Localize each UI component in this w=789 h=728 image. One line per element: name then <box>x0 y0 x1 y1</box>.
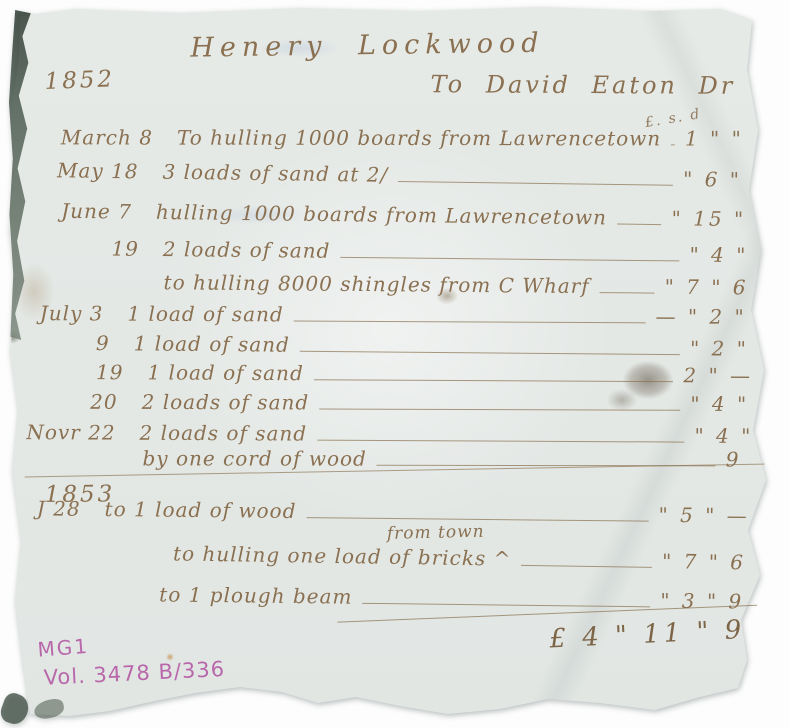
interline-insert-note: from town <box>387 522 485 544</box>
entry-description: hulling 1000 boards from Lawrencetown <box>156 200 607 230</box>
entry-amount: 1 " " <box>685 126 744 150</box>
ledger-row: 19 2 loads of sand " 4 " <box>111 236 748 267</box>
leader-line <box>521 553 652 568</box>
ledger-row: June 7 hulling 1000 boards from Lawrence… <box>61 199 746 231</box>
entry-description: 2 loads of sand <box>163 237 331 263</box>
ledger-row: 20 2 loads of sand " 4 " <box>90 390 749 416</box>
ledger-row: March 8 To hulling 1000 boards from Lawr… <box>61 125 744 150</box>
entry-description: 1 load of sand <box>147 360 303 385</box>
debtor-line: To David Eaton Dr <box>430 70 735 100</box>
leader-line <box>319 397 680 411</box>
entry-description: To hulling 1000 boards from Lawrencetown <box>177 126 661 151</box>
entry-amount: " 7 " 6 <box>662 549 746 574</box>
leader-line <box>340 245 679 262</box>
entry-description: to hulling one load of bricks ^ <box>173 541 512 570</box>
ledger-row: 9 1 load of sand " 2 " <box>96 331 749 361</box>
leader-line <box>617 212 662 226</box>
entry-amount: 2 " — <box>683 363 753 387</box>
ledger-row: to hulling 8000 shingles from C Wharf " … <box>139 270 748 299</box>
leader-line <box>314 367 674 382</box>
entry-amount: " 2 " <box>690 336 749 361</box>
entry-description: 1 load of sand <box>127 302 283 327</box>
entry-amount: " 4 " <box>690 392 749 416</box>
entry-date: J 28 <box>37 496 81 520</box>
entry-description: 3 loads of sand at 2/ <box>162 160 388 187</box>
entry-amount: — " 2 " <box>655 304 746 328</box>
entry-date: Novr 22 <box>26 420 115 444</box>
entry-date: May 18 <box>57 158 139 183</box>
entry-date: June 7 <box>61 199 132 224</box>
leader-line <box>671 132 675 145</box>
entry-amount: 9 <box>726 447 742 471</box>
leader-line <box>600 280 655 293</box>
ledger-row: to hulling one load of bricks ^ " 7 " 6 <box>149 541 746 574</box>
entry-date: 9 <box>96 331 110 355</box>
ledger-row: May 18 3 loads of sand at 2/ " 6 " <box>57 158 742 192</box>
entry-date: 19 <box>96 360 124 384</box>
ledger-row: July 3 1 load of sand — " 2 " <box>40 301 747 329</box>
entry-date: March 8 <box>61 125 153 149</box>
ledger-row: Novr 22 2 loads of sand " 4 " <box>26 420 753 448</box>
year-heading-1852: 1852 <box>44 66 116 95</box>
leader-line <box>317 428 684 443</box>
entry-amount: " 5 " — <box>658 503 749 528</box>
entry-amount: " 15 " <box>671 206 746 231</box>
entry-amount: " 3 " 9 <box>660 588 744 613</box>
handwritten-content: Henery Lockwood 1852 To David Eaton Dr £… <box>0 0 789 728</box>
archival-volume-number: Vol. 3478 B/336 <box>43 657 225 690</box>
entry-description: to 1 plough beam <box>159 582 352 608</box>
leader-line <box>398 169 673 186</box>
entry-description: to hulling 8000 shingles from C Wharf <box>163 270 589 298</box>
entry-description: 1 load of sand <box>134 331 290 356</box>
page-title: Henery Lockwood <box>190 28 545 64</box>
entry-date: 20 <box>90 390 118 414</box>
entry-amount: " 7 " 6 <box>665 275 749 300</box>
entry-date: 19 <box>111 236 139 260</box>
leader-line <box>362 591 650 608</box>
ledger-row: 19 1 load of sand 2 " — <box>96 360 753 387</box>
leader-line <box>294 308 646 323</box>
leader-line <box>306 505 648 522</box>
scanned-document: Henery Lockwood 1852 To David Eaton Dr £… <box>0 0 789 728</box>
entry-description: 2 loads of sand <box>142 390 310 415</box>
entry-description: 2 loads of sand <box>140 421 308 446</box>
entry-description: to 1 load of wood <box>104 497 296 523</box>
entry-amount: " 6 " <box>683 167 742 192</box>
ledger-row: by one cord of wood 9 <box>118 446 741 471</box>
archival-fonds-number: MG1 <box>37 634 90 662</box>
entry-description: by one cord of wood <box>142 446 366 470</box>
entry-date: July 3 <box>40 301 104 325</box>
total-amount: £ 4 " 11 " 9 <box>549 615 746 655</box>
entry-amount: " 4 " <box>694 424 753 448</box>
entry-amount: " 4 " <box>689 243 748 268</box>
leader-line <box>300 339 680 355</box>
